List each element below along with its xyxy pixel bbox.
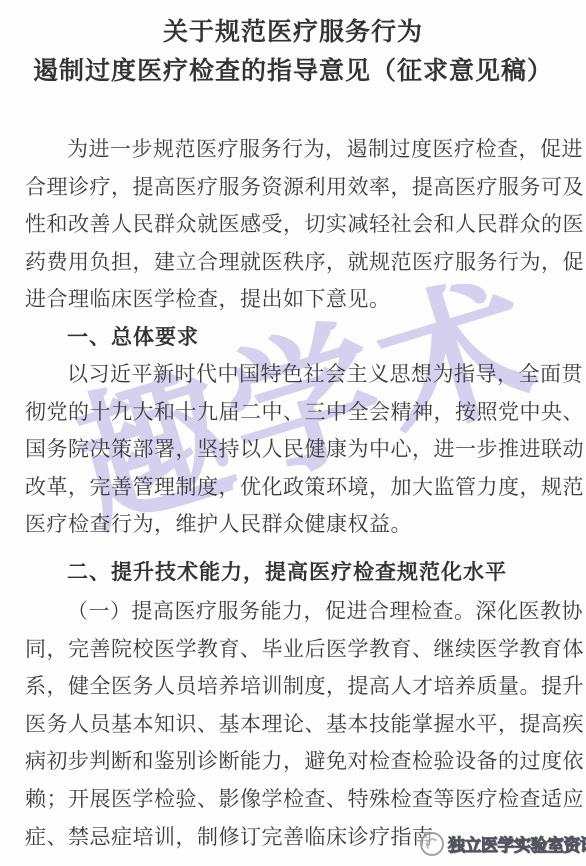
title-line-2: 遏制过度医疗检查的指导意见（征求意见稿）: [0, 52, 586, 91]
text-line: 赖；开展医学检验、影像学检查、特殊检查等医疗检查适应: [25, 781, 561, 819]
text-line: 国务院决策部署，坚持以人民健康为中心，进一步推进联动: [25, 431, 561, 469]
section1-heading: 一、总体要求: [25, 319, 561, 357]
text-line: 药费用负担，建立合理就医秩序，就规范医疗服务行为，促: [25, 244, 561, 282]
section1-paragraph: 以习近平新时代中国特色社会主义思想为指导，全面贯 彻党的十九大和十九届二中、三中…: [25, 356, 561, 544]
footer-logo-icon: [420, 832, 444, 856]
text-line: 医务人员基本知识、基本理论、基本技能掌握水平，提高疾: [25, 706, 561, 744]
section2-heading: 二、提升技术能力，提高医疗检查规范化水平: [25, 554, 561, 592]
text-line: 改革，完善管理制度，优化政策环境，加大监管力度，规范: [25, 469, 561, 507]
text-line: 进合理临床医学检查，提出如下意见。: [25, 281, 561, 319]
footer-watermark-text: 独立医学实验室资讯: [448, 831, 586, 856]
section2-paragraph: （一）提高医疗服务能力，促进合理检查。深化医教协 同，完善院校医学教育、毕业后医…: [25, 593, 561, 856]
text-line: 彻党的十九大和十九届二中、三中全会精神，按照党中央、: [25, 394, 561, 432]
footer-watermark: 独立医学实验室资讯: [420, 831, 586, 856]
text-line: 病初步判断和鉴别诊断能力，避免对检查检验设备的过度依: [25, 743, 561, 781]
text-line: 合理诊疗，提高医疗服务资源利用效率，提高医疗服务可及: [25, 169, 561, 207]
document-page: 趣学术 关于规范医疗服务行为 遏制过度医疗检查的指导意见（征求意见稿） 为进一步…: [0, 0, 586, 866]
text-line: 以习近平新时代中国特色社会主义思想为指导，全面贯: [25, 356, 561, 394]
text-line: 医疗检查行为，维护人民群众健康权益。: [25, 506, 561, 544]
title-line-1: 关于规范医疗服务行为: [0, 13, 586, 52]
text-line: 同，完善院校医学教育、毕业后医学教育、继续医学教育体: [25, 631, 561, 669]
document-title: 关于规范医疗服务行为 遏制过度医疗检查的指导意见（征求意见稿）: [0, 13, 586, 91]
text-line: 系，健全医务人员培养培训制度，提高人才培养质量。提升: [25, 668, 561, 706]
intro-paragraph: 为进一步规范医疗服务行为，遏制过度医疗检查，促进 合理诊疗，提高医疗服务资源利用…: [25, 131, 561, 319]
text-line: 为进一步规范医疗服务行为，遏制过度医疗检查，促进: [25, 131, 561, 169]
text-line: （一）提高医疗服务能力，促进合理检查。深化医教协: [25, 593, 561, 631]
text-line: 性和改善人民群众就医感受，切实减轻社会和人民群众的医: [25, 206, 561, 244]
